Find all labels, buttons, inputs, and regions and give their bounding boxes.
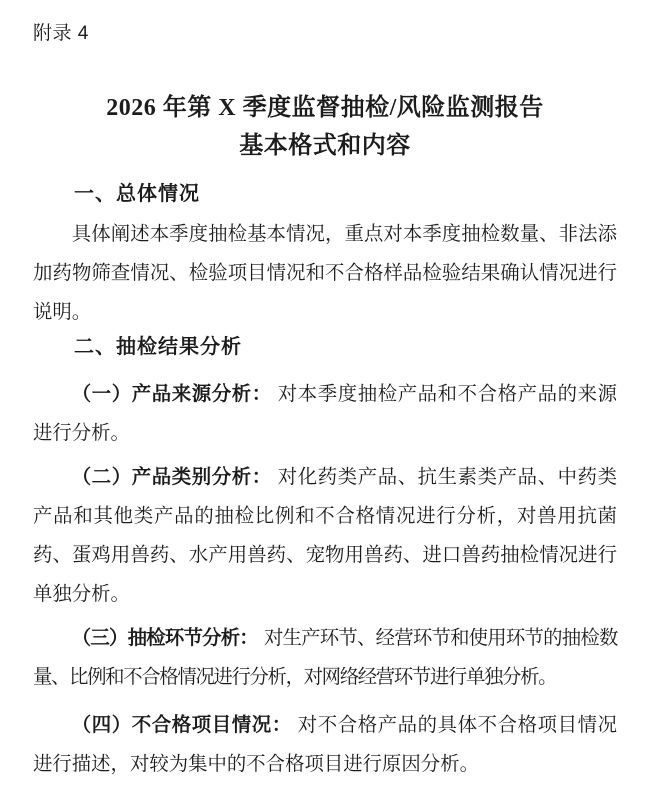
overview-paragraph: 具体阐述本季度抽检基本情况，重点对本季度抽检数量、非法添加药物筛查情况、检验项目… bbox=[33, 215, 617, 332]
document-title-line-1: 2026 年第 X 季度监督抽检/风险监测报告 bbox=[33, 89, 617, 127]
subparagraph-product-source: （一）产品来源分析：对本季度抽检产品和不合格产品的来源进行分析。 bbox=[33, 375, 617, 453]
appendix-label: 附录 4 bbox=[33, 20, 617, 47]
document-page: 附录 4 2026 年第 X 季度监督抽检/风险监测报告 基本格式和内容 一、总… bbox=[0, 0, 649, 804]
document-title-line-2: 基本格式和内容 bbox=[33, 127, 617, 165]
section-heading-overview: 一、总体情况 bbox=[33, 181, 617, 208]
section-heading-results-analysis: 二、抽检结果分析 bbox=[33, 334, 617, 361]
subparagraph-failed-items: （四）不合格项目情况：对不合格产品的具体不合格项目情况进行描述，对较为集中的不合… bbox=[33, 706, 617, 784]
subparagraph-lead-sampling-stage: （三）抽检环节分析： bbox=[72, 628, 258, 649]
document-title: 2026 年第 X 季度监督抽检/风险监测报告 基本格式和内容 bbox=[33, 89, 617, 165]
subparagraph-lead-product-source: （一）产品来源分析： bbox=[72, 384, 272, 405]
subparagraph-sampling-stage: （三）抽检环节分析：对生产环节、经营环节和使用环节的抽检数量、比例和不合格情况进… bbox=[33, 619, 617, 697]
subparagraph-lead-failed-items: （四）不合格项目情况： bbox=[72, 715, 292, 736]
subparagraph-lead-product-category: （二）产品类别分析： bbox=[72, 467, 272, 488]
subparagraph-product-category: （二）产品类别分析：对化药类产品、抗生素类产品、中药类产品和其他类产品的抽检比例… bbox=[33, 458, 617, 614]
